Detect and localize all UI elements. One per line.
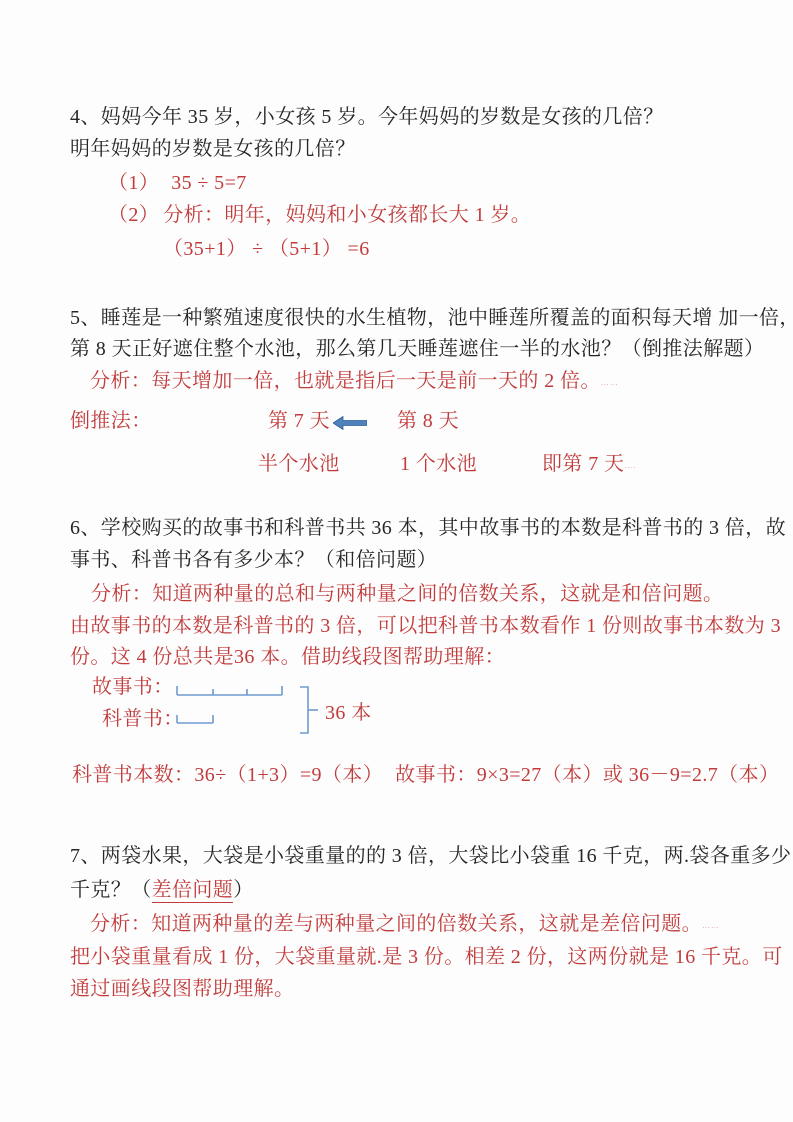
story-books-label: 故事书： [92,676,174,699]
q6-analysis-3: 份。这 4 份总共是36 本。借助线段图帮助理解： [70,646,505,669]
q5-analysis-trail: …… [601,378,619,387]
q7-line2-prefix: 千克？（ [70,879,152,901]
science-books-segment-bar [177,715,213,723]
q4-step2-analysis: 分析：明年，妈妈和小女孩都长大 1 岁。 [163,204,531,227]
q5-conclusion: 即第 7 天…. [542,453,636,477]
q5-method-label: 倒推法： [70,410,152,433]
q7-line1: 7、两袋水果，大袋是小袋重量的的 3 倍，大袋比小袋重 16 千克，两.袋各重多… [70,845,791,868]
q7-analysis-3: 通过画线段图帮助理解。 [70,978,294,1001]
arrow-left-icon [333,416,367,430]
q5-analysis: 分析：每天增加一倍，也就是指后一天是前一天的 2 倍。…… [90,370,619,394]
q6-line1: 6、学校购买的故事书和科普书共 36 本，其中故事书的本数是科普书的 3 倍，故 [70,517,786,540]
q4-line1: 4、妈妈今年 35 岁，小女孩 5 岁。今年妈妈的岁数是女孩的几倍？ [70,106,664,129]
q6-formula: 科普书本数：36÷（1+3）=9（本）故事书：9×3=27（本）或 36－9=2… [72,764,779,787]
q5-conclusion-text: 即第 7 天 [542,453,624,475]
q5-conclusion-trail: …. [624,461,636,470]
q4-step2: （2）分析：明年，妈妈和小女孩都长大 1 岁。 [108,204,531,227]
q5-full-pool-label: 1 个水池 [400,453,477,476]
q5-analysis-text: 分析：每天增加一倍，也就是指后一天是前一天的 2 倍。 [90,370,601,392]
q7-analysis: 分析：知道两种量的差与两种量之间的倍数关系，这就是差倍问题。…… [90,913,720,937]
segment-diagram-graphic [170,682,330,740]
q7-analysis-2: 把小袋重量看成 1 份，大袋重量就.是 3 份。相差 2 份，这两份就是 16 … [70,946,783,969]
q4-step1-label: （1） [108,172,159,194]
segment-diagram [170,682,330,740]
worksheet-page: 4、妈妈今年 35 岁，小女孩 5 岁。今年妈妈的岁数是女孩的几倍？ 明年妈妈的… [0,0,793,1122]
q6-formula-story: 故事书：9×3=27（本）或 36－9=2.7（本） [395,764,779,787]
q4-step2-label: （2） [108,204,159,226]
q7-line2: 千克？（差倍问题） [70,879,254,902]
q6-formula-science: 科普书本数：36÷（1+3）=9（本） [72,764,383,786]
q6-analysis: 分析：知道两种量的总和与两种量之间的倍数关系，这就是和倍问题。 [91,583,723,606]
q4-step1-formula: 35 ÷ 5=7 [171,172,246,195]
q4-step1: （1）35 ÷ 5=7 [108,172,247,195]
q5-half-pool-label: 半个水池 [258,453,340,476]
q7-analysis-trail: …… [702,921,720,930]
q7-analysis-text: 分析：知道两种量的差与两种量之间的倍数关系，这就是差倍问题。 [90,913,702,935]
q4-step2-formula: （35+1） ÷ （5+1） =6 [163,238,370,261]
brace-icon [300,687,318,733]
q5-day8-label: 第 8 天 [397,410,459,433]
q4-line2: 明年妈妈的岁数是女孩的几倍？ [70,138,356,161]
q6-line2: 事书、科普书各有多少本？（和倍问题） [70,549,437,572]
q6-analysis-2: 由故事书的本数是科普书的 3 倍，可以把科普书本数看作 1 份则故事书本数为 3 [70,615,781,638]
q5-line1: 5、睡莲是一种繁殖速度很快的水生植物，池中睡莲所覆盖的面积每天增 加一倍， [70,307,793,330]
q5-day7-label: 第 7 天 [268,410,330,433]
total-books-label: 36 本 [325,702,372,725]
q5-line2: 第 8 天正好遮住整个水池，那么第几天睡莲遮住一半的水池？（倒推法解题） [70,338,764,361]
story-books-segment-bar [177,686,282,695]
q7-problem-type-label: 差倍问题 [152,879,234,903]
q7-line2-suffix: ） [233,879,253,901]
